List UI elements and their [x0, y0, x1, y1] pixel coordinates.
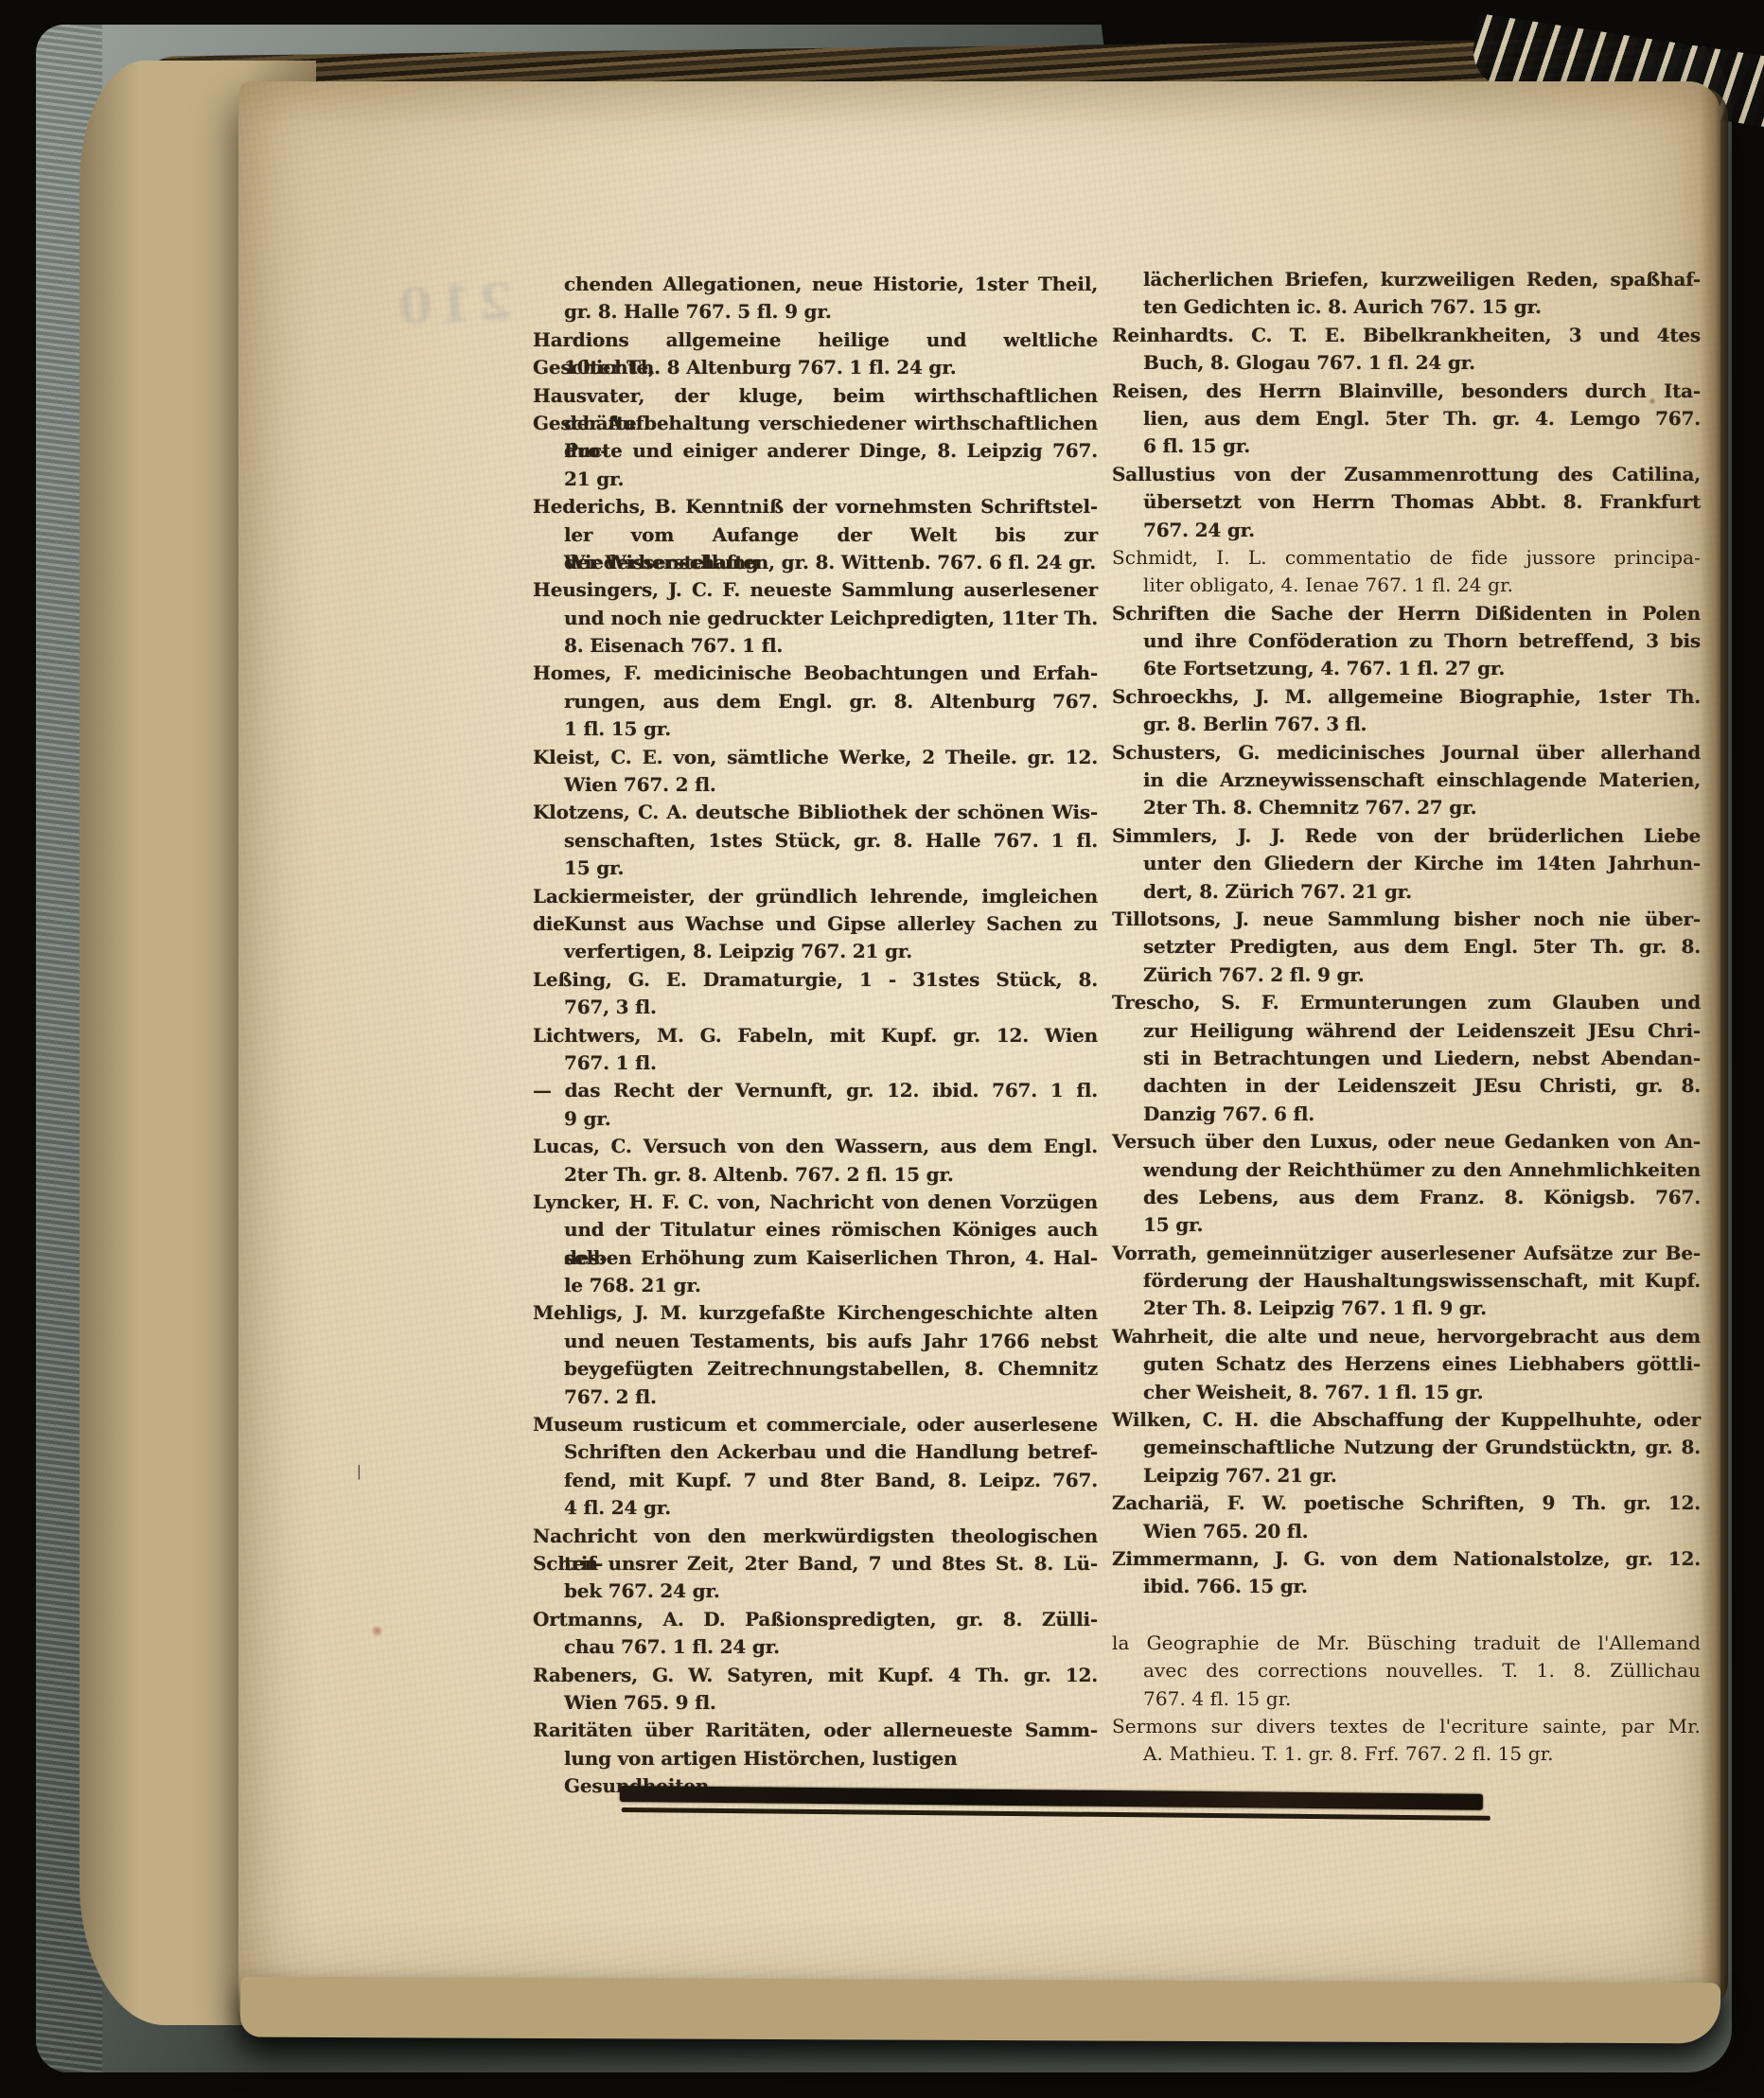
- catalog-line: und noch nie gedruckter Leichpredigten, …: [533, 605, 1098, 632]
- catalog-entry: Schroeckhs, J. M. allgemeine Biographie,…: [1112, 683, 1701, 739]
- catalog-line: chenden Allegationen, neue Historie, 1st…: [533, 271, 1098, 298]
- catalog-line: Leßing, G. E. Dramaturgie, 1 - 31stes St…: [533, 966, 1098, 994]
- catalog-line: rungen, aus dem Engl. gr. 8. Altenburg 7…: [533, 688, 1098, 715]
- catalog-line: 15 gr.: [533, 855, 1098, 882]
- catalog-entry: Reinhardts. C. T. E. Bibelkrankheiten, 3…: [1112, 322, 1701, 378]
- catalog-line: 15 gr.: [1112, 1211, 1701, 1239]
- catalog-line: dachten in der Leidenszeit JEsu Christi,…: [1112, 1072, 1701, 1100]
- catalog-line: Tillotsons, J. neue Sammlung bisher noch…: [1112, 906, 1701, 933]
- catalog-line: wendung der Reichthümer zu den Annehmlic…: [1112, 1156, 1701, 1184]
- catalog-line: ten Gedichten ic. 8. Aurich 767. 15 gr.: [1112, 293, 1701, 321]
- catalog-line: 2ter Th. gr. 8. Altenb. 767. 2 fl. 15 gr…: [533, 1161, 1098, 1189]
- catalog-line: Sallustius von der Zusammenrottung des C…: [1112, 461, 1701, 488]
- catalog-line: 10ter Th. 8 Altenburg 767. 1 fl. 24 gr.: [533, 354, 1098, 381]
- catalog-line: Lucas, C. Versuch von den Wassern, aus d…: [533, 1133, 1098, 1160]
- catalog-line: Wilken, C. H. die Abschaffung der Kuppel…: [1112, 1406, 1701, 1434]
- catalog-line: Sermons sur divers textes de l'ecriture …: [1112, 1713, 1701, 1740]
- catalog-line: lung von artigen Histörchen, lustigen Ge…: [533, 1745, 1098, 1772]
- catalog-line: 9 gr.: [533, 1105, 1098, 1133]
- catalog-line: 767. 2 fl.: [533, 1384, 1098, 1411]
- catalog-line: ler vom Aufange der Welt bis zur Wiederh…: [533, 521, 1098, 549]
- catalog-line: Hederichs, B. Kenntniß der vornehmsten S…: [533, 493, 1098, 520]
- catalog-entry: Museum rusticum et commerciale, oder aus…: [533, 1411, 1098, 1523]
- catalog-line: übersetzt von Herrn Thomas Abbt. 8. Fran…: [1112, 488, 1701, 516]
- catalog-entry: Raritäten über Raritäten, oder allerneue…: [533, 1717, 1098, 1772]
- catalog-entry: Hausvater, der kluge, beim wirthschaftli…: [533, 382, 1098, 494]
- catalog-line: bek 767. 24 gr.: [533, 1578, 1098, 1605]
- catalog-line: liter obligato, 4. Ienae 767. 1 fl. 24 g…: [1112, 572, 1701, 599]
- catalog-entry: Klotzens, C. A. deutsche Bibliothek der …: [533, 799, 1098, 882]
- catalog-line: Hausvater, der kluge, beim wirthschaftli…: [533, 382, 1098, 410]
- catalog-line: — das Recht der Vernunft, gr. 12. ibid. …: [533, 1077, 1098, 1104]
- catalog-line: der Wissenschaften, gr. 8. Wittenb. 767.…: [533, 549, 1098, 576]
- ink-speck: [370, 1626, 384, 1636]
- catalog-entry: la Geographie de Mr. Büsching traduit de…: [1112, 1630, 1701, 1713]
- catalog-entry: Hederichs, B. Kenntniß der vornehmsten S…: [533, 493, 1098, 576]
- catalog-line: Kleist, C. E. von, sämtliche Werke, 2 Th…: [533, 744, 1098, 771]
- catalog-line: in die Arzneywissenschaft einschlagende …: [1112, 767, 1701, 794]
- catalog-entry: Schmidt, I. L. commentatio de fide jusso…: [1112, 544, 1701, 600]
- catalog-entry: Mehligs, J. M. kurzgefaßte Kirchengeschi…: [533, 1299, 1098, 1411]
- catalog-line: sti in Betrachtungen und Liedern, nebst …: [1112, 1045, 1701, 1072]
- catalog-line: 6te Fortsetzung, 4. 767. 1 fl. 27 gr.: [1112, 655, 1701, 682]
- catalog-entry: Vorrath, gemeinnütziger auserlesener Auf…: [1112, 1240, 1701, 1323]
- catalog-line: 2ter Th. 8. Leipzig 767. 1 fl. 9 gr.: [1112, 1295, 1701, 1322]
- catalog-line: 8. Eisenach 767. 1 fl.: [533, 632, 1098, 660]
- catalog-line: Homes, F. medicinische Beobachtungen und…: [533, 660, 1098, 687]
- catalog-entry: Kleist, C. E. von, sämtliche Werke, 2 Th…: [533, 744, 1098, 800]
- catalog-entry: Sermons sur divers textes de l'ecriture …: [1112, 1713, 1701, 1769]
- catalog-line: A. Mathieu. T. 1. gr. 8. Frf. 767. 2 fl.…: [1112, 1740, 1701, 1768]
- catalog-entry: Wilken, C. H. die Abschaffung der Kuppel…: [1112, 1406, 1701, 1490]
- catalog-entry: Reisen, des Herrn Blainville, besonders …: [1112, 378, 1701, 461]
- catalog-entry: Zachariä, F. W. poetische Schriften, 9 T…: [1112, 1490, 1701, 1545]
- catalog-line: Zürich 767. 2 fl. 9 gr.: [1112, 961, 1701, 989]
- catalog-line: 767, 3 fl.: [533, 994, 1098, 1021]
- catalog-entry: Leßing, G. E. Dramaturgie, 1 - 31stes St…: [533, 966, 1098, 1022]
- catalog-line: förderung der Haushaltungswissenschaft, …: [1112, 1267, 1701, 1295]
- catalog-line: senschaften, 1stes Stück, gr. 8. Halle 7…: [533, 827, 1098, 855]
- catalog-line: gemeinschaftliche Nutzung der Grundstück…: [1112, 1434, 1701, 1461]
- catalog-line: guten Schatz des Herzens eines Liebhaber…: [1112, 1350, 1701, 1378]
- catalog-line: lächerlichen Briefen, kurzweiligen Reden…: [1112, 266, 1701, 293]
- catalog-line: Schriften den Ackerbau und die Handlung …: [533, 1438, 1098, 1466]
- catalog-line: der Aufbehaltung verschiedener wirthscha…: [533, 410, 1098, 437]
- catalog-entry: Lyncker, H. F. C. von, Nachricht von den…: [533, 1189, 1098, 1300]
- catalog-line: avec des corrections nouvelles. T. 1. 8.…: [1112, 1657, 1701, 1684]
- catalog-entry: Schusters, G. medicinisches Journal über…: [1112, 739, 1701, 822]
- catalog-line: Schroeckhs, J. M. allgemeine Biographie,…: [1112, 683, 1701, 711]
- catalog-line: des Lebens, aus dem Franz. 8. Königsb. 7…: [1112, 1184, 1701, 1211]
- catalog-line: Danzig 767. 6 fl.: [1112, 1101, 1701, 1128]
- catalog-line: Mehligs, J. M. kurzgefaßte Kirchengeschi…: [533, 1299, 1098, 1327]
- catalog-line: Reisen, des Herrn Blainville, besonders …: [1112, 378, 1701, 405]
- catalog-entry: Tillotsons, J. neue Sammlung bisher noch…: [1112, 906, 1701, 989]
- catalog-line: Lyncker, H. F. C. von, Nachricht von den…: [533, 1189, 1098, 1216]
- catalog-line: dert, 8. Zürich 767. 21 gr.: [1112, 878, 1701, 906]
- catalog-line: ten unsrer Zeit, 2ter Band, 7 und 8tes S…: [533, 1550, 1098, 1578]
- catalog-entry: Versuch über den Luxus, oder neue Gedank…: [1112, 1128, 1701, 1240]
- catalog-entry: Zimmermann, J. G. von dem Nationalstolze…: [1112, 1545, 1701, 1601]
- catalog-line: 21 gr.: [533, 466, 1098, 493]
- catalog-line: selben Erhöhung zum Kaiserlichen Thron, …: [533, 1244, 1098, 1272]
- catalog-line: lien, aus dem Engl. 5ter Th. gr. 4. Lemg…: [1112, 405, 1701, 432]
- catalog-line: Buch, 8. Glogau 767. 1 fl. 24 gr.: [1112, 349, 1701, 377]
- catalog-entry: Simmlers, J. J. Rede von der brüderliche…: [1112, 822, 1701, 906]
- catalog-line: chau 767. 1 fl. 24 gr.: [533, 1633, 1098, 1661]
- catalog-line: verfertigen, 8. Leipzig 767. 21 gr.: [533, 938, 1098, 965]
- catalog-entry: Hardions allgemeine heilige und weltlich…: [533, 326, 1098, 382]
- catalog-entry: Sallustius von der Zusammenrottung des C…: [1112, 461, 1701, 544]
- catalog-line: Raritäten über Raritäten, oder allerneue…: [533, 1717, 1098, 1744]
- catalog-line: Wien 765. 9 fl.: [533, 1689, 1098, 1717]
- catalog-line: le 768. 21 gr.: [533, 1272, 1098, 1299]
- catalog-entry: Wahrheit, die alte und neue, hervorgebra…: [1112, 1323, 1701, 1406]
- catalog-line: la Geographie de Mr. Büsching traduit de…: [1112, 1630, 1701, 1657]
- catalog-line: und neuen Testaments, bis aufs Jahr 1766…: [533, 1328, 1098, 1355]
- catalog-entry: Lackiermeister, der gründlich lehrende, …: [533, 883, 1098, 966]
- catalog-line: fend, mit Kupf. 7 und 8ter Band, 8. Leip…: [533, 1467, 1098, 1494]
- catalog-line: gr. 8. Berlin 767. 3 fl.: [1112, 711, 1701, 738]
- catalog-line: zur Heiligung während der Leidenszeit JE…: [1112, 1017, 1701, 1045]
- catalog-line: Hardions allgemeine heilige und weltlich…: [533, 326, 1098, 354]
- catalog-line: Leipzig 767. 21 gr.: [1112, 1462, 1701, 1490]
- text-column-left: chenden Allegationen, neue Historie, 1st…: [533, 271, 1098, 1772]
- catalog-line: Kunst aus Wachse und Gipse allerley Sach…: [533, 910, 1098, 938]
- catalog-entry: Nachricht von den merkwürdigsten theolog…: [533, 1523, 1098, 1606]
- catalog-line: beygefügten Zeitrechnungstabellen, 8. Ch…: [533, 1355, 1098, 1383]
- catalog-line: Versuch über den Luxus, oder neue Gedank…: [1112, 1128, 1701, 1155]
- catalog-entry: Rabeners, G. W. Satyren, mit Kupf. 4 Th.…: [533, 1662, 1098, 1718]
- catalog-line: Klotzens, C. A. deutsche Bibliothek der …: [533, 799, 1098, 826]
- catalog-line: Wahrheit, die alte und neue, hervorgebra…: [1112, 1323, 1701, 1350]
- catalog-line: Wien 765. 20 fl.: [1112, 1518, 1701, 1545]
- catalog-line: Trescho, S. F. Ermunterungen zum Glauben…: [1112, 989, 1701, 1016]
- page-block-right-edge: [1700, 87, 1728, 2010]
- catalog-line: ducte und einiger anderer Dinge, 8. Leip…: [533, 437, 1098, 465]
- catalog-entry: Trescho, S. F. Ermunterungen zum Glauben…: [1112, 989, 1701, 1128]
- catalog-line: 4 fl. 24 gr.: [533, 1494, 1098, 1522]
- catalog-line: cher Weisheit, 8. 767. 1 fl. 15 gr.: [1112, 1379, 1701, 1406]
- catalog-line: Lichtwers, M. G. Fabeln, mit Kupf. gr. 1…: [533, 1022, 1098, 1049]
- catalog-line: Ortmanns, A. D. Paßionspredigten, gr. 8.…: [533, 1606, 1098, 1633]
- catalog-entry: Heusingers, J. C. F. neueste Sammlung au…: [533, 576, 1098, 660]
- catalog-line: Heusingers, J. C. F. neueste Sammlung au…: [533, 576, 1098, 604]
- catalog-line: Rabeners, G. W. Satyren, mit Kupf. 4 Th.…: [533, 1662, 1098, 1689]
- catalog-line: Zachariä, F. W. poetische Schriften, 9 T…: [1112, 1490, 1701, 1517]
- catalog-line: 2ter Th. 8. Chemnitz 767. 27 gr.: [1112, 794, 1701, 821]
- catalog-entry: chenden Allegationen, neue Historie, 1st…: [533, 271, 1098, 326]
- catalog-line: Nachricht von den merkwürdigsten theolog…: [533, 1523, 1098, 1550]
- catalog-line: gr. 8. Halle 767. 5 fl. 9 gr.: [533, 298, 1098, 326]
- catalog-entry: Schriften die Sache der Herrn Dißidenten…: [1112, 600, 1701, 683]
- book-scan-photo: { "document": { "kind": "scanned-book-ca…: [0, 0, 1764, 2098]
- catalog-line: 767. 4 fl. 15 gr.: [1112, 1685, 1701, 1713]
- catalog-line: Schriften die Sache der Herrn Dißidenten…: [1112, 600, 1701, 627]
- catalog-line: Schmidt, I. L. commentatio de fide jusso…: [1112, 544, 1701, 572]
- catalog-line: und ihre Conföderation zu Thorn betreffe…: [1112, 627, 1701, 655]
- catalog-line: Simmlers, J. J. Rede von der brüderliche…: [1112, 822, 1701, 850]
- catalog-entry: Lucas, C. Versuch von den Wassern, aus d…: [533, 1133, 1098, 1189]
- catalog-line: 767. 24 gr.: [1112, 517, 1701, 544]
- catalog-line: setzter Predigten, aus dem Engl. 5ter Th…: [1112, 933, 1701, 961]
- catalog-line: Vorrath, gemeinnütziger auserlesener Auf…: [1112, 1240, 1701, 1267]
- catalog-line: unter den Gliedern der Kirche im 14ten J…: [1112, 850, 1701, 877]
- catalog-entry: lächerlichen Briefen, kurzweiligen Reden…: [1112, 266, 1701, 322]
- catalog-line: Lackiermeister, der gründlich lehrende, …: [533, 883, 1098, 910]
- catalog-line: ibid. 766. 15 gr.: [1112, 1573, 1701, 1600]
- catalog-line: Schusters, G. medicinisches Journal über…: [1112, 739, 1701, 767]
- catalog-line: Museum rusticum et commerciale, oder aus…: [533, 1411, 1098, 1438]
- page-number-showthrough: 210: [391, 273, 514, 338]
- catalog-entry: Ortmanns, A. D. Paßionspredigten, gr. 8.…: [533, 1606, 1098, 1662]
- catalog-line: und der Titulatur eines römischen Könige…: [533, 1216, 1098, 1243]
- page-block-bottom-edge: [240, 1977, 1720, 2044]
- catalog-line: 767. 1 fl.: [533, 1049, 1098, 1077]
- ink-speck: [1649, 397, 1656, 405]
- catalog-line: Wien 767. 2 fl.: [533, 771, 1098, 799]
- catalog-entry: Homes, F. medicinische Beobachtungen und…: [533, 660, 1098, 743]
- catalog-entry: Lichtwers, M. G. Fabeln, mit Kupf. gr. 1…: [533, 1022, 1098, 1078]
- catalog-line: Zimmermann, J. G. von dem Nationalstolze…: [1112, 1545, 1701, 1573]
- catalog-line: 1 fl. 15 gr.: [533, 715, 1098, 743]
- text-column-right: lächerlichen Briefen, kurzweiligen Reden…: [1112, 266, 1701, 1769]
- catalog-line: Reinhardts. C. T. E. Bibelkrankheiten, 3…: [1112, 322, 1701, 349]
- catalog-entry: — das Recht der Vernunft, gr. 12. ibid. …: [533, 1077, 1098, 1133]
- catalog-line: 6 fl. 15 gr.: [1112, 432, 1701, 460]
